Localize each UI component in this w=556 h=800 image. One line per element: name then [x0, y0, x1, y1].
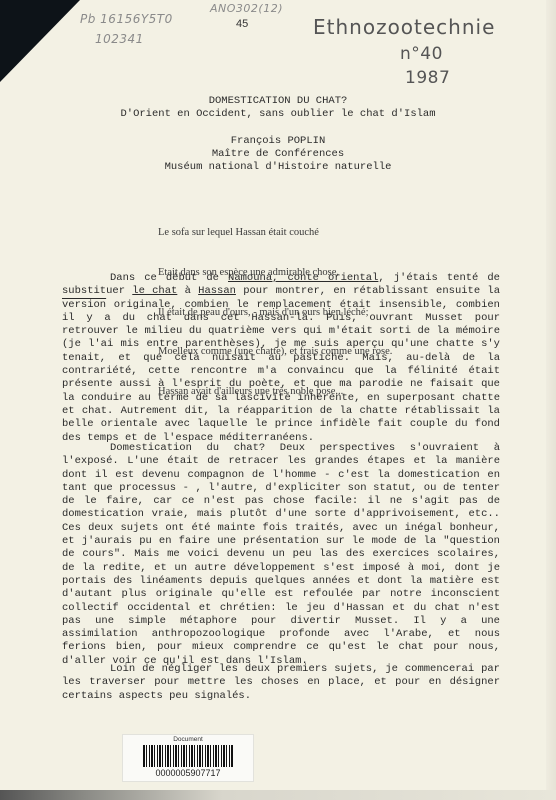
paragraph-1: Dans ce début de Namouna, conte oriental…: [62, 272, 500, 445]
barcode-icon: [143, 745, 233, 767]
author-role: Maître de Conférences: [0, 148, 556, 161]
text: pour montrer, en rétablissant ensuite la: [236, 285, 500, 297]
barcode-number: 0000005907717: [123, 768, 253, 778]
overlined-version: version: [62, 299, 106, 311]
paragraph-2: Domestication du chat? Deux perspectives…: [62, 442, 500, 668]
handwritten-year: 1987: [405, 68, 450, 88]
handwritten-ref-1: Pb 16156Y5T0: [80, 12, 173, 26]
underlined-chat: le chat: [132, 285, 177, 297]
text: Dans ce début de: [110, 272, 228, 284]
author-name: François POPLIN: [0, 135, 556, 148]
paragraph-3: Loin de négliger les deux premiers sujet…: [62, 663, 500, 703]
handwritten-journal: Ethnozootechnie: [313, 15, 495, 39]
page-number: 45: [236, 18, 248, 30]
text: à: [177, 285, 198, 297]
article-subtitle: D'Orient en Occident, sans oublier le ch…: [0, 108, 556, 121]
scan-corner-fold: [0, 0, 80, 82]
poem-line: Le sofa sur lequel Hassan était couché: [158, 226, 392, 239]
barcode-sticker: Document 0000005907717: [122, 734, 254, 782]
text: originale, combien le remplacement était…: [62, 299, 500, 444]
handwritten-issue: n°40: [400, 44, 443, 64]
article-title: DOMESTICATION DU CHAT?: [0, 95, 556, 108]
underlined-hassan: Hassan: [198, 285, 236, 297]
scan-bottom-edge: [0, 790, 556, 800]
handwritten-ref-2: 102341: [95, 32, 144, 46]
author-institution: Muséum national d'Histoire naturelle: [0, 161, 556, 174]
work-title: Namouna, conte oriental: [228, 272, 378, 284]
barcode-label: Document: [123, 736, 253, 743]
paragraph-3-text: Loin de négliger les deux premiers sujet…: [62, 663, 500, 703]
handwritten-ref-top: ANO302(12): [210, 2, 283, 15]
paragraph-2-text: Domestication du chat? Deux perspectives…: [62, 442, 500, 668]
